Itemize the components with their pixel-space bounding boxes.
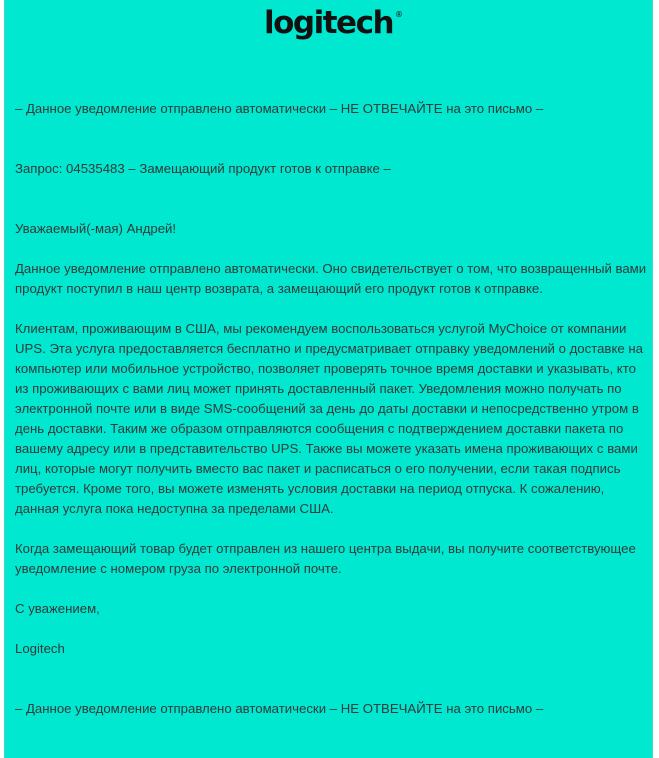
greeting: Уважаемый(-мая) Андрей! (15, 219, 649, 239)
auto-notice-top: – Данное уведомление отправлено автомати… (15, 99, 649, 119)
paragraph-return-received: Данное уведомление отправлено автоматиче… (15, 259, 649, 299)
signature: Logitech (15, 639, 649, 659)
request-line: Запрос: 04535483 – Замещающий продукт го… (15, 159, 649, 179)
email-body: logitech® – Данное уведомление отправлен… (4, 0, 653, 758)
header: logitech® (4, 8, 653, 39)
email-content: – Данное уведомление отправлено автомати… (15, 99, 649, 719)
paragraph-shipment-notice: Когда замещающий товар будет отправлен и… (15, 539, 649, 579)
logitech-logo: logitech® (264, 8, 393, 39)
paragraph-ups-mychoice: Клиентам, проживающим в США, мы рекоменд… (15, 319, 649, 519)
auto-notice-bottom: – Данное уведомление отправлено автомати… (15, 699, 649, 719)
logo-text: logitech (264, 5, 393, 41)
closing: С уважением, (15, 599, 649, 619)
registered-mark: ® (395, 11, 403, 19)
